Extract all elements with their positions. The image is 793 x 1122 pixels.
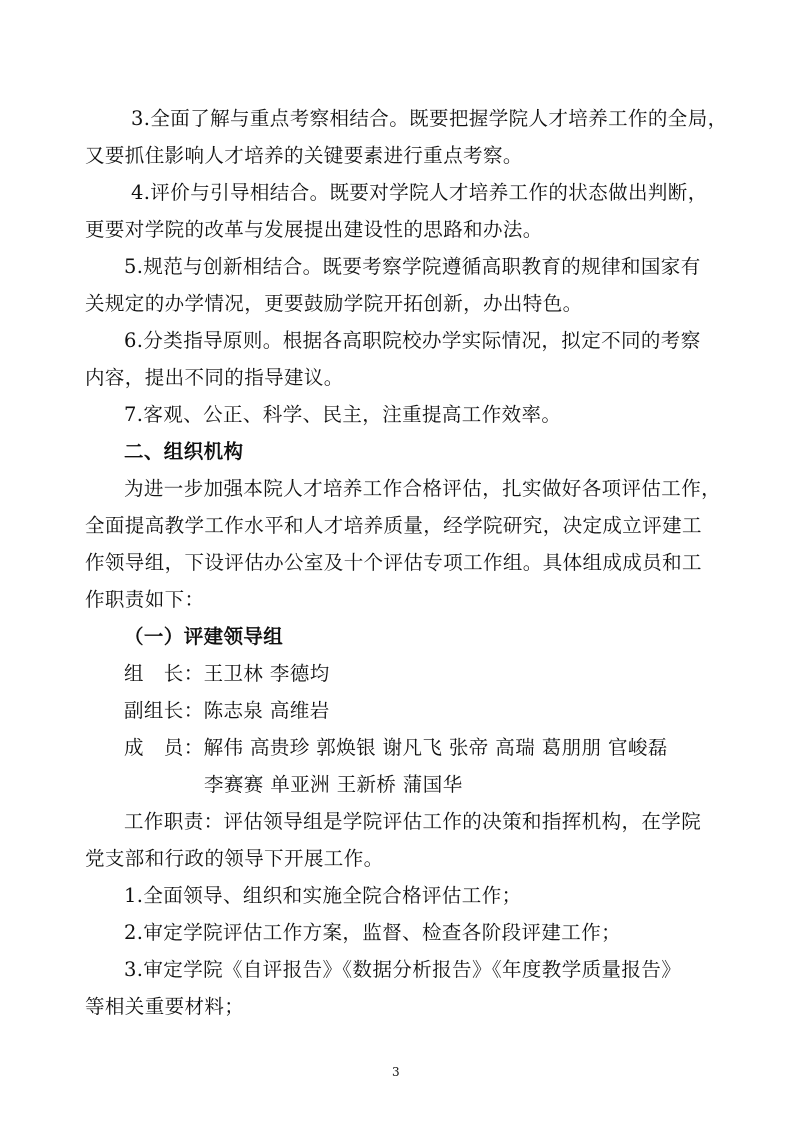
member-line-leader: 组 长：王卫林 李德均	[124, 663, 330, 685]
paragraph-line: 作领导组，下设评估办公室及十个评估专项工作组。具体组成成员和工	[85, 552, 702, 574]
paragraph-line: 全面提高教学工作水平和人才培养质量，经学院研究，决定成立评建工	[85, 515, 702, 537]
page-number: 3	[392, 1065, 400, 1079]
member-line-members: 成 员：解伟 高贵珍 郭焕银 谢凡飞 张帝 高瑞 葛朋朋 官峻磊	[124, 737, 668, 759]
member-line-deputy: 副组长：陈志泉 高维岩	[124, 700, 330, 722]
paragraph-line: 又要抓住影响人才培养的关键要素进行重点考察。	[85, 145, 523, 167]
paragraph-line: 工作职责：评估领导组是学院评估工作的决策和指挥机构，在学院	[124, 811, 701, 833]
paragraph-line: 关规定的办学情况，更要鼓励学院开拓创新，办出特色。	[85, 293, 583, 315]
paragraph-line: 7.客观、公正、科学、民主，注重提高工作效率。	[124, 404, 561, 426]
section-heading: 二、组织机构	[124, 441, 243, 463]
subsection-heading: （一）评建领导组	[124, 626, 283, 648]
paragraph-line: 党支部和行政的领导下开展工作。	[85, 848, 384, 870]
paragraph-line: 等相关重要材料；	[85, 996, 244, 1018]
paragraph-line: 为进一步加强本院人才培养工作合格评估，扎实做好各项评估工作，	[124, 478, 721, 500]
paragraph-line: 6.分类指导原则。根据各高职院校办学实际情况，拟定不同的考察	[124, 330, 701, 352]
paragraph-line: 作职责如下：	[85, 589, 204, 611]
paragraph-line: 3.全面了解与重点考察相结合。既要把握学院人才培养工作的全局，	[131, 108, 728, 130]
list-item: 2.审定学院评估工作方案，监督、检查各阶段评建工作；	[124, 922, 621, 944]
list-item: 1.全面领导、组织和实施全院合格评估工作；	[124, 885, 522, 907]
paragraph-line: 5.规范与创新相结合。既要考察学院遵循高职教育的规律和国家有	[124, 256, 701, 278]
list-item: 3.审定学院《自评报告》《数据分析报告》《年度教学质量报告》	[124, 959, 681, 981]
paragraph-line: 4.评价与引导相结合。既要对学院人才培养工作的状态做出判断，	[131, 182, 708, 204]
paragraph-line: 内容，提出不同的指导建议。	[85, 367, 344, 389]
member-line-members-cont: 李赛赛 单亚洲 王新桥 蒲国华	[204, 774, 463, 796]
paragraph-line: 更要对学院的改革与发展提出建设性的思路和办法。	[85, 219, 543, 241]
